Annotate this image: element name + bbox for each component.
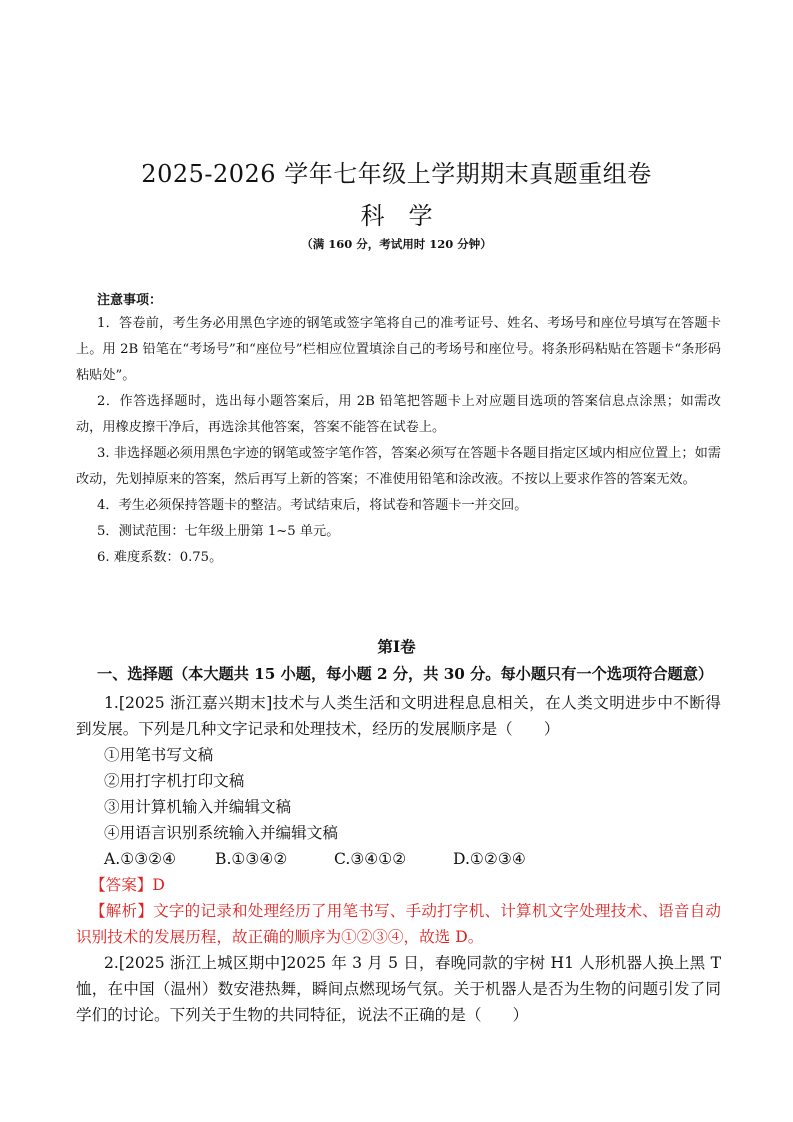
answer-value: D <box>152 876 165 894</box>
exam-title: 2025-2026 学年七年级上学期期末真题重组卷 <box>0 154 793 189</box>
notes-list: 1．答卷前，考生务必用黑色字迹的钢笔或签字笔将自己的准考证号、姓名、考场号和座位… <box>76 311 721 571</box>
note-item: 5．测试范围：七年级上册第 1~5 单元。 <box>76 519 721 545</box>
note-item: 4．考生必须保持答题卡的整洁。考试结束后，将试卷和答题卡一并交回。 <box>76 493 721 519</box>
volume-heading: 第Ⅰ卷 <box>0 635 793 657</box>
question-1-item: ①用笔书写文稿 <box>76 742 721 768</box>
analysis-label: 【解析】 <box>90 902 153 920</box>
choice-d: D.①②③④ <box>453 846 526 872</box>
question-1-answer: 【答案】D <box>76 872 721 898</box>
question-1-item: ②用打字机打印文稿 <box>76 768 721 794</box>
note-item: 2．作答选择题时，选出每小题答案后，用 2B 铅笔把答题卡上对应题目选项的答案信… <box>76 389 721 441</box>
note-item: 3. 非选择题必须用黑色字迹的钢笔或签字笔作答，答案必须写在答题卡各题目指定区域… <box>76 441 721 493</box>
subject-title: 科学 <box>0 196 793 231</box>
exam-page: 2025-2026 学年七年级上学期期末真题重组卷 科学 （满 160 分，考试… <box>0 0 793 1122</box>
exam-meta: （满 160 分，考试用时 120 分钟） <box>0 236 793 252</box>
question-1-stem: 1.[2025 浙江嘉兴期末]技术与人类生活和文明进程息息相关，在人类文明进步中… <box>76 690 721 742</box>
notes-heading: 注意事项： <box>97 289 162 308</box>
choice-c: C.③④①② <box>334 846 406 872</box>
question-1-choices: A.①③②④ B.①③④② C.③④①② D.①②③④ <box>76 846 721 872</box>
question-1-item: ③用计算机输入并编辑文稿 <box>76 794 721 820</box>
section-heading: 一、选择题（本大题共 15 小题，每小题 2 分，共 30 分。每小题只有一个选… <box>97 663 713 684</box>
questions-area: 1.[2025 浙江嘉兴期末]技术与人类生活和文明进程息息相关，在人类文明进步中… <box>76 690 721 1028</box>
analysis-text: 文字的记录和处理经历了用笔书写、手动打字机、计算机文字处理技术、语音自动识别技术… <box>76 902 721 946</box>
note-item: 1．答卷前，考生务必用黑色字迹的钢笔或签字笔将自己的准考证号、姓名、考场号和座位… <box>76 311 721 389</box>
choice-b: B.①③④② <box>215 846 287 872</box>
answer-label: 【答案】 <box>90 876 152 894</box>
question-1-analysis: 【解析】文字的记录和处理经历了用笔书写、手动打字机、计算机文字处理技术、语音自动… <box>76 898 721 950</box>
question-2-stem: 2.[2025 浙江上城区期中]2025 年 3 月 5 日，春晚同款的宇树 H… <box>76 950 721 1028</box>
question-1-item: ④用语言识别系统输入并编辑文稿 <box>76 820 721 846</box>
note-item: 6. 难度系数：0.75。 <box>76 545 721 571</box>
choice-a: A.①③②④ <box>104 846 176 872</box>
